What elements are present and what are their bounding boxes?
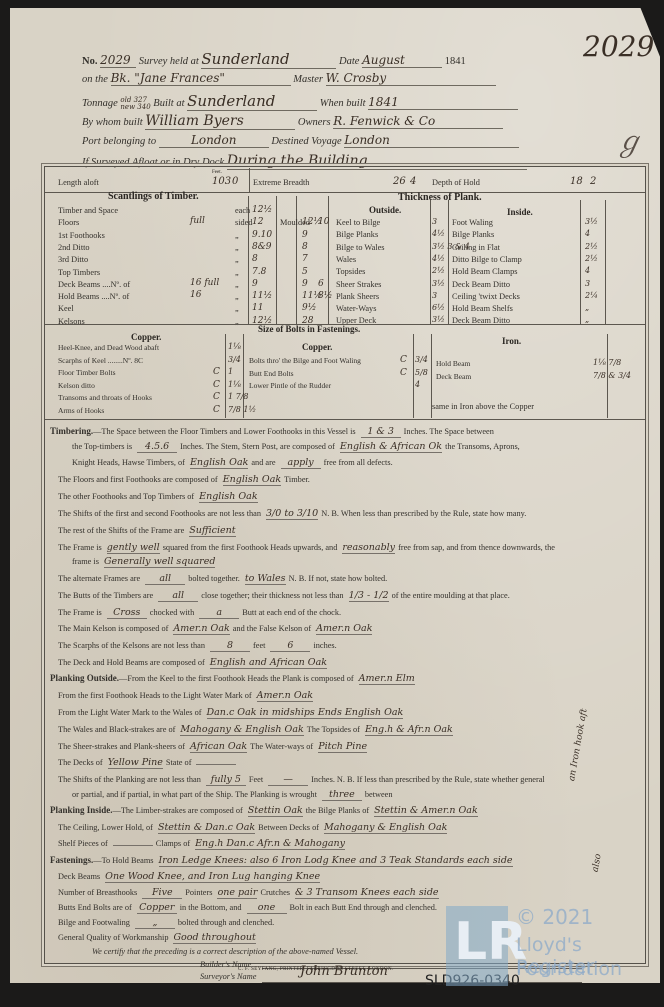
plank-inside-label: Deck Beam Ditto — [452, 280, 510, 289]
bolt-size: 5/8 — [415, 368, 428, 377]
scantling-sided: 8 — [252, 254, 258, 264]
printed-text: The Topsides of — [307, 725, 360, 734]
length-label: Length aloft — [58, 178, 99, 187]
filled-value: 4.5.6 — [137, 441, 177, 453]
narrative-line: The Sheer-strakes and Plank-sheers ofAfr… — [58, 741, 370, 753]
breadth-label: Extreme Breadth — [253, 178, 309, 187]
divider — [296, 196, 297, 324]
divider — [328, 196, 329, 324]
printed-text: The Decks of — [58, 758, 103, 767]
bolt-size: 1⅛ — [228, 380, 241, 389]
printed-text: Knight Heads, Hawse Timbers, of — [72, 458, 185, 467]
plank-inside-label: Ceiling in Flat — [452, 243, 500, 252]
length-feet: 103 — [212, 176, 231, 187]
filled-value: fully 5 — [206, 774, 246, 786]
divider — [605, 200, 606, 324]
printed-text: —The Limber-strakes are composed of — [113, 806, 243, 815]
filled-value — [196, 764, 236, 765]
printed-text: Deck Beams — [58, 872, 100, 881]
scantling-label: 2nd Ditto — [58, 243, 90, 252]
certify-statement: We certify that the preceding is a corre… — [92, 947, 358, 956]
narrative-line: frame isGenerally well squared — [72, 556, 218, 568]
printed-text: in the Bottom, and — [180, 903, 242, 912]
printed-text: squared from the first Foothook Heads up… — [163, 543, 338, 552]
printed-text: the Bilge Planks of — [306, 806, 369, 815]
printed-text: The rest of the Shifts of the Frame are — [58, 526, 184, 535]
printed-text: or partial, and if partial, in what part… — [72, 790, 233, 799]
filled-value: 1 & 3 — [361, 426, 401, 438]
bolt-size: 7/8 1½ — [228, 405, 256, 414]
date-value: August — [362, 53, 442, 68]
filled-value: all — [158, 590, 198, 602]
narrative-line: Bilge and Footwaling„bolted through and … — [58, 917, 276, 929]
voyage-label: Destined Voyage — [271, 136, 341, 147]
plank-inside-value: 4 — [585, 229, 590, 238]
printed-text: From the Light Water Mark to the Wales o… — [58, 708, 202, 717]
printed-text: of the entire moulding at that place. — [392, 591, 510, 600]
bolt-mark: C — [213, 392, 220, 402]
printed-text: Inches. — [180, 442, 204, 451]
printed-text: Clamps of — [156, 839, 190, 848]
scantling-sided: 9.10 — [252, 230, 272, 240]
voyage-value: London — [344, 133, 519, 148]
narrative-line: Planking Inside.—The Limber-strakes are … — [50, 805, 481, 817]
scantling-suffix: sided — [235, 218, 253, 227]
bolt-mark: C — [213, 367, 220, 377]
bolt-label: Kelson ditto — [58, 381, 95, 390]
bolt-label: Lower Pintle of the Rudder — [249, 381, 331, 390]
printed-text: N. B. If not, state how bolted. — [289, 574, 388, 583]
plank-outside-label: Sheer Strakes — [336, 280, 381, 289]
printed-text: close together; their thickness not less… — [201, 591, 343, 600]
timbering-title: Timbering. — [50, 426, 93, 436]
scantling-sided: 12½ — [252, 205, 272, 215]
filled-value: English Oak — [223, 474, 281, 486]
scantling-label: Floors — [58, 218, 79, 227]
depth-label: Depth of Hold — [432, 178, 480, 187]
tonnage-new: new 340 — [120, 103, 150, 111]
filled-value: all — [145, 573, 185, 585]
outside-title: Outside. — [369, 205, 401, 215]
plank-inside-value: 2½ — [585, 254, 598, 263]
divider — [276, 196, 277, 324]
scantling-ends: 8½ — [318, 291, 332, 301]
filled-value: Generally well squared — [104, 556, 215, 568]
printed-text: the Top-timbers is — [72, 442, 132, 451]
scantling-label: Timber and Space — [58, 206, 118, 215]
scantling-moulded: 9 — [302, 279, 308, 289]
printed-text: The Planking is wrought — [235, 790, 317, 799]
printed-text: General Quality of Workmanship — [58, 933, 168, 942]
filled-value: Stettin & Amer.n Oak — [374, 805, 478, 817]
narrative-line: The Deck and Hold Beams are composed ofE… — [58, 657, 330, 669]
plank-outside-value: 3 — [432, 291, 437, 300]
watermark-year: © 2021 — [516, 905, 593, 929]
plank-outside-label: Wales — [336, 255, 356, 264]
bolt-mark: C — [213, 380, 220, 390]
printed-text: Inches. — [311, 775, 335, 784]
printed-text: The Ceiling, Lower Hold, of — [58, 823, 153, 832]
on-the-label: on the — [82, 74, 108, 85]
scantling-sided: 8&9 — [252, 242, 271, 252]
plank-outside-value: 3 — [432, 217, 437, 226]
printed-text: The other Foothooks and Top Timbers of — [58, 492, 194, 501]
filled-value: African Oak — [190, 741, 247, 753]
printed-text: The Shifts of the Planking are not less … — [58, 775, 201, 784]
narrative-line: The Decks ofYellow PineState of — [58, 757, 239, 769]
printed-text: The alternate Frames are — [58, 574, 140, 583]
narrative-line: The Shifts of the Planking are not less … — [58, 774, 547, 786]
filled-value: English & African Ok — [340, 441, 442, 453]
filled-value — [113, 845, 153, 846]
filled-value: „ — [135, 917, 175, 929]
printed-text: The Wales and Black-strakes are of — [58, 725, 175, 734]
lr-logo: LR — [446, 906, 508, 986]
filled-value: Good throughout — [173, 932, 255, 944]
narrative-line: Deck BeamsOne Wood Knee, and Iron Lug ha… — [58, 871, 323, 883]
plank-inside-label: Hold Beam Shelfs — [452, 304, 513, 313]
plank-inside-value: „ — [585, 303, 589, 312]
filled-value: 8 — [210, 640, 250, 652]
plank-outside-value: 3½ — [432, 279, 445, 288]
scantling-sided: 11½ — [252, 291, 272, 301]
filled-value: Amer.n Elm — [359, 673, 415, 685]
plank-outside-value: 2½ — [432, 266, 445, 275]
scantling-sided: 7.8 — [252, 267, 266, 277]
builder-row: By whom built William Byers Owners R. Fe… — [82, 113, 503, 130]
printed-text: Shelf Pieces of — [58, 839, 108, 848]
filled-value: Sufficient — [189, 525, 235, 537]
narrative-line: From the first Foothook Heads to the Lig… — [58, 690, 316, 702]
printed-text: Bolt in each Butt End through and clench… — [290, 903, 437, 912]
plank-outside-label: Plank Sheers — [336, 292, 379, 301]
scantling-note: 16 — [190, 290, 201, 300]
printed-text: —To Hold Beams — [93, 856, 153, 865]
filled-value: one — [247, 902, 287, 914]
inside-title: Inside. — [507, 207, 533, 217]
plank-outside-label: Keel to Bilge — [336, 218, 380, 227]
scantling-ends: 10 — [318, 217, 329, 227]
scantling-sided: 9 — [252, 279, 258, 289]
printed-text: free from all defects. — [324, 458, 393, 467]
printed-text: The Frame is — [58, 543, 102, 552]
printed-text: bolted together. — [188, 574, 240, 583]
margin-mark: ℊ — [615, 120, 643, 160]
printed-text: The Stem, Stern Post, are composed of — [206, 442, 335, 451]
plank-inside-value: 2¼ — [585, 291, 598, 300]
iron-bolt-label: Hold Beam — [436, 359, 470, 368]
filled-value: to Wales — [245, 573, 286, 585]
plank-outside-label: Topsides — [336, 267, 365, 276]
plank-inside-value: 4 — [585, 266, 590, 275]
narrative-line: Shelf Pieces ofClamps ofEng.h Dan.c Afr.… — [58, 838, 348, 850]
printer-imprint: C. F. SEYFANG, PRINTER, FARRINGDON STREE… — [238, 967, 394, 972]
printed-text: The Main Kelson is composed of — [58, 624, 168, 633]
port-value: London — [159, 133, 269, 148]
narrative-line: The Floors and first Foothooks are compo… — [58, 474, 312, 486]
filled-value: 6 — [270, 640, 310, 652]
length-inches: 0 — [232, 176, 238, 187]
divider — [430, 200, 431, 324]
master-value: W. Crosby — [326, 71, 496, 86]
plank-inside-value: 2½ — [585, 242, 598, 251]
printed-text: Butt at each end of the chock. — [242, 608, 341, 617]
port-label: Port belonging to — [82, 136, 156, 147]
filled-value: Amer.n Oak — [316, 623, 372, 635]
iron-bolt-size: 1⅛ 7/8 — [593, 358, 621, 367]
tonnage-row: Tonnage old 327new 340 Built at Sunderla… — [82, 92, 518, 111]
filled-value: Five — [142, 887, 182, 899]
filled-value: — — [268, 774, 308, 786]
owners-value: R. Fenwick & Co — [333, 114, 503, 129]
filled-value: Iron Ledge Knees: also 6 Iron Lodg Knee … — [159, 855, 513, 867]
survey-label: Survey held at — [139, 56, 199, 67]
divider — [448, 200, 449, 324]
port-row: Port belonging to London Destined Voyage… — [82, 133, 519, 148]
narrative-line: Fastenings.—To Hold BeamsIron Ledge Knee… — [50, 855, 516, 867]
same-iron-label: same in Iron above the Copper — [432, 402, 534, 411]
filled-value: a — [199, 607, 239, 619]
scantling-label: Keel — [58, 304, 74, 313]
scantling-sided: 11 — [252, 303, 263, 313]
printed-text: The Frame is — [58, 608, 102, 617]
filled-value: 1/3 - 1/2 — [349, 590, 389, 602]
scantling-label: 3rd Ditto — [58, 255, 88, 264]
filled-value: apply — [281, 457, 321, 469]
bolt-size: 3/4 — [415, 355, 428, 364]
plank-inside-label: Foot Waling — [452, 218, 493, 227]
scantling-note: full — [190, 216, 205, 226]
tonnage-label: Tonnage — [82, 98, 118, 109]
scantlings-title: Scantlings of Timber. — [108, 191, 199, 202]
depth-inches: 2 — [590, 176, 596, 187]
narrative-line: the Top-timbers is4.5.6Inches.The Stem, … — [72, 441, 522, 453]
divider — [248, 196, 249, 324]
divider — [249, 168, 250, 192]
narrative-line: Timbering.—The Space between the Floor T… — [50, 426, 496, 438]
scantling-label: Deck Beams ....Nº. of — [58, 280, 130, 289]
filled-value: Mahogany & English Oak — [324, 822, 447, 834]
printed-text: feet — [253, 641, 265, 650]
printed-text: The Butts of the Timbers are — [58, 591, 153, 600]
scantling-suffix: each — [235, 206, 250, 215]
bolt-mark: C — [213, 405, 220, 415]
no-value: 2029 — [100, 53, 136, 68]
iron-title: Iron. — [502, 336, 521, 346]
plank-inside-label: Hold Beam Clamps — [452, 267, 517, 276]
scantling-suffix: „ — [235, 268, 239, 277]
surveyor-name-line — [262, 982, 582, 983]
narrative-line: General Quality of WorkmanshipGood throu… — [58, 932, 259, 944]
bolt-size: 1 — [228, 367, 233, 376]
printed-text: Feet — [249, 775, 263, 784]
filled-value: Cross — [107, 607, 147, 619]
breadth-feet: 26 — [393, 176, 406, 187]
divider — [225, 334, 226, 418]
plank-outside-label: Bilge Planks — [336, 230, 378, 239]
bolt-size: 1⅛ — [228, 342, 241, 351]
iron-bolt-size: 7/8 & 3/4 — [593, 371, 631, 380]
scantling-moulded: 9½ — [302, 303, 316, 313]
plank-inside-label: Ceiling 'twixt Decks — [452, 292, 520, 301]
filled-value: Yellow Pine — [108, 757, 163, 769]
printed-text: The Floors and first Foothooks are compo… — [58, 475, 218, 484]
scantling-suffix: „ — [235, 292, 239, 301]
printed-text: inches. — [313, 641, 336, 650]
narrative-line: The Wales and Black-strakes are ofMahoga… — [58, 724, 456, 736]
tonnage-values: old 327new 340 — [120, 97, 150, 111]
scantling-moulded: 7 — [302, 254, 308, 264]
printed-text: Number of Breasthooks — [58, 888, 137, 897]
plank-inside-value: 3½ — [585, 217, 598, 226]
printed-text: Pointers — [185, 888, 212, 897]
bolt-label: Bolts thro' the Bilge and Foot Waling — [249, 356, 361, 365]
printed-text: The Water-ways of — [250, 742, 313, 751]
scantling-sided: 12 — [252, 217, 263, 227]
scantling-label: Top Timbers — [58, 268, 100, 277]
divider — [580, 200, 581, 324]
narrative-line: The Frame isCrosschocked withaButt at ea… — [58, 607, 343, 619]
bolt-label: Butt End Bolts — [249, 369, 294, 378]
scantling-moulded: 9 — [302, 230, 308, 240]
filled-value: 3/0 to 3/10 — [266, 508, 318, 520]
narrative-line: The Scarphs of the Kelsons are not less … — [58, 640, 339, 652]
filled-value: English Oak — [190, 457, 248, 469]
bolts-title: Size of Bolts in Fastenings. — [258, 324, 360, 334]
printed-text: and are — [251, 458, 275, 467]
depth-feet: 18 — [570, 176, 583, 187]
scantling-moulded: 8 — [302, 242, 308, 252]
divider — [45, 419, 645, 420]
filled-value: Dan.c Oak in midships Ends English Oak — [207, 707, 404, 719]
plank-inside-value: 3 — [585, 279, 590, 288]
narrative-line: From the Light Water Mark to the Wales o… — [58, 707, 406, 719]
bolt-label: Transoms and throats of Hooks — [58, 393, 152, 402]
scantling-suffix: „ — [235, 255, 239, 264]
printed-text: —From the Keel to the first Foothook Hea… — [119, 674, 354, 683]
narrative-line: The rest of the Shifts of the Frame areS… — [58, 525, 239, 537]
printed-text: Crutches — [260, 888, 290, 897]
narrative-line: The Shifts of the first and second Footh… — [58, 508, 528, 520]
bolt-label: Arms of Hooks — [58, 406, 104, 415]
divider — [413, 334, 414, 418]
watermark-line2: Foundation — [516, 958, 622, 980]
narrative-line: Number of BreasthooksFivePointersone pai… — [58, 887, 442, 899]
printed-text: Timber. — [284, 475, 310, 484]
filled-value: Copper — [137, 902, 177, 914]
scantling-label: Hold Beams ....Nº. of — [58, 292, 129, 301]
planking-outside-title: Planking Outside. — [50, 673, 119, 683]
printed-text: Bilge and Footwaling — [58, 918, 130, 927]
bolt-mark: C — [400, 368, 407, 378]
plank-inside-label: Bilge Planks — [452, 230, 494, 239]
feet-header: Feet. — [212, 170, 222, 175]
narrative-line: The alternate Frames areallbolted togeth… — [58, 573, 389, 585]
narrative-line: The Frame isgently wellsquared from the … — [58, 542, 557, 554]
filled-value: One Wood Knee, and Iron Lug hanging Knee — [105, 871, 320, 883]
builder-value: William Byers — [145, 113, 295, 130]
year-value: 1841 — [445, 56, 466, 67]
printed-text: between — [365, 790, 393, 799]
filled-value: reasonably — [342, 542, 395, 554]
date-label: Date — [339, 56, 359, 67]
bolt-size: 4 — [415, 380, 420, 389]
filled-value: Amer.n Oak — [257, 690, 313, 702]
printed-text: The Scarphs of the Kelsons are not less … — [58, 641, 205, 650]
narrative-line: or partial, and if partial, in what part… — [72, 789, 395, 801]
no-label: No. — [82, 56, 97, 67]
printed-text: free from sap, and from thence downwards… — [398, 543, 555, 552]
printed-text: State of — [166, 758, 192, 767]
printed-text: and the False Kelson of — [233, 624, 311, 633]
narrative-line: Planking Outside.—From the Keel to the f… — [50, 673, 418, 685]
copper-title-right: Copper. — [302, 342, 332, 352]
printed-text: The Deck and Hold Beams are composed of — [58, 658, 205, 667]
filled-value: & 3 Transom Knees each side — [295, 887, 439, 899]
printed-text: Between Decks of — [258, 823, 319, 832]
when-built-label: When built — [320, 98, 366, 109]
plank-outside-label: Bilge to Wales — [336, 243, 385, 252]
printed-text: The Space between — [429, 427, 494, 436]
filled-value: three — [322, 789, 362, 801]
printed-text: N. B. If less than prescribed by the Rul… — [337, 775, 545, 784]
filled-value: Mahogany & English Oak — [180, 724, 303, 736]
planking-inside-title: Planking Inside. — [50, 805, 113, 815]
copper-title-left: Copper. — [131, 332, 161, 342]
printed-text: From the first Foothook Heads to the Lig… — [58, 691, 252, 700]
scantling-ends: 6 — [318, 279, 324, 289]
scantling-note: 16 full — [190, 278, 219, 288]
bolt-mark: C — [400, 355, 407, 365]
plank-outside-value: 4½ — [432, 229, 445, 238]
master-label: Master — [293, 74, 323, 85]
filled-value: one pair — [217, 887, 257, 899]
iron-bolt-label: Deck Beam — [436, 372, 471, 381]
plank-outside-label: Water-Ways — [336, 304, 376, 313]
built-at-value: Sunderland — [187, 92, 317, 111]
built-at-label: Built at — [153, 98, 184, 109]
no-row: No. 2029 Survey held at Sunderland Date … — [82, 50, 466, 69]
vessel-row: on the Bk. "Jane Frances" Master W. Cros… — [82, 71, 496, 86]
printed-text: chocked with — [150, 608, 194, 617]
filled-value: gently well — [107, 542, 160, 554]
bolt-label: Floor Timber Bolts — [58, 368, 116, 377]
printed-text: bolted through and clenched. — [178, 918, 274, 927]
filled-value: Pitch Pine — [318, 741, 367, 753]
printed-text: frame is — [72, 557, 99, 566]
survey-value: Sunderland — [201, 50, 336, 69]
filled-value: Amer.n Oak — [173, 623, 229, 635]
scantling-suffix: „ — [235, 304, 239, 313]
bolt-size: 1 7/8 — [228, 392, 249, 401]
scantling-suffix: „ — [235, 231, 239, 240]
narrative-line: The Butts of the Timbers areallclose tog… — [58, 590, 512, 602]
plank-inside-label: Ditto Bilge to Clamp — [452, 255, 522, 264]
filled-value: Stettin & Dan.c Oak — [158, 822, 255, 834]
plank-outside-value: 4½ — [432, 254, 445, 263]
filled-value: Eng.h Dan.c Afr.n & Mahogany — [195, 838, 345, 850]
scantling-suffix: „ — [235, 243, 239, 252]
bolt-size: 3/4 — [228, 355, 241, 364]
surveyor-name-label: Surveyor's Name — [200, 972, 256, 981]
bolt-label: Heel-Knee, and Dead Wood abaft — [58, 343, 159, 352]
narrative-line: Butts End Bolts are ofCopperin the Botto… — [58, 902, 439, 914]
printed-text: The Shifts of the first and second Footh… — [58, 509, 261, 518]
narrative-line: Knight Heads, Hawse Timbers, ofEnglish O… — [72, 457, 395, 469]
narrative-line: The Ceiling, Lower Hold, ofStettin & Dan… — [58, 822, 450, 834]
scantling-label: 1st Foothooks — [58, 231, 105, 240]
filled-value: Stettin Oak — [248, 805, 303, 817]
